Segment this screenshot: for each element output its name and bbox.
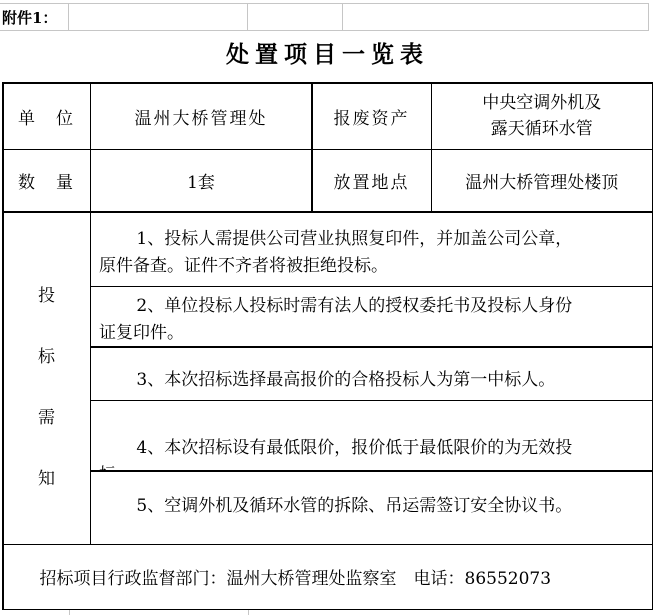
gridline-stub (248, 610, 249, 615)
location-value-cell: 温州大桥管理处楼顶 (432, 150, 652, 211)
disposal-table: 单 位 温州大桥管理处 报废资产 中央空调外机及 露天循环水管 数 量 1套 放… (2, 82, 653, 610)
bid-notice-label-char: 需 (38, 403, 55, 428)
bid-notice-label-char: 标 (38, 342, 55, 367)
document-page: 附件1： 处置项目一览表 单 位 温州大桥管理处 报废资产 中央空调外机及 露天… (0, 0, 658, 615)
quantity-value-cell: 1套 (91, 150, 311, 211)
page-title: 处置项目一览表 (2, 40, 653, 70)
supervision-text: 招标项目行政监督部门：温州大桥管理处监察室 电话：86552073 (40, 564, 552, 589)
attachment-strip-cell (343, 4, 648, 30)
notice-item-2: 2、单位投标人投标时需有法人的授权委托书及投标人身份 证复印件。 (91, 287, 652, 346)
bid-notice-label-cell: 投 标 需 知 (4, 213, 90, 544)
quantity-label-cell: 数 量 (4, 150, 90, 211)
location-label-cell: 放置地点 (313, 150, 431, 211)
notice-item-line: 1、投标人需提供公司营业执照复印件，并加盖公司公章， (99, 226, 642, 253)
bid-notice-label-char: 投 (38, 281, 55, 306)
attachment-label: 附件1： (0, 4, 69, 30)
gridline-stub (69, 610, 70, 615)
notice-item-1: 1、投标人需提供公司营业执照复印件，并加盖公司公章， 原件备查。证件不齐者将被拒… (91, 213, 652, 286)
scrap-asset-value-cell: 中央空调外机及 露天循环水管 (432, 84, 652, 149)
unit-value-cell: 温州大桥管理处 (91, 84, 311, 149)
scrap-asset-value-line: 露天循环水管 (491, 116, 593, 142)
attachment-strip-cell (69, 4, 248, 30)
scrap-asset-label-cell: 报废资产 (313, 84, 431, 149)
scrap-asset-value-line: 中央空调外机及 (482, 90, 601, 116)
attachment-strip-cell (248, 4, 343, 30)
supervision-footer-cell: 招标项目行政监督部门：温州大桥管理处监察室 电话：86552073 (4, 545, 652, 609)
bid-notice-label-char: 知 (38, 464, 55, 489)
notice-item-line: 5、空调外机及循环水管的拆除、吊运需签订安全协议书。 (99, 493, 642, 520)
notice-item-4: 4、本次招标设有最低限价，报价低于最低限价的为无效投 标。 (91, 401, 652, 470)
notice-item-5: 5、空调外机及循环水管的拆除、吊运需签订安全协议书。 (91, 472, 652, 544)
notice-item-line: 3、本次招标选择最高报价的合格投标人为第一中标人。 (99, 367, 642, 394)
notice-item-line: 证复印件。 (99, 320, 642, 347)
notice-item-line: 原件备查。证件不齐者将被拒绝投标。 (99, 253, 642, 280)
notice-item-line: 4、本次招标设有最低限价，报价低于最低限价的为无效投 (99, 435, 642, 462)
notice-item-line: 2、单位投标人投标时需有法人的授权委托书及投标人身份 (99, 293, 642, 320)
notice-item-3: 3、本次招标选择最高报价的合格投标人为第一中标人。 (91, 348, 652, 400)
unit-label-cell: 单 位 (4, 84, 90, 149)
attachment-strip: 附件1： (0, 3, 649, 31)
